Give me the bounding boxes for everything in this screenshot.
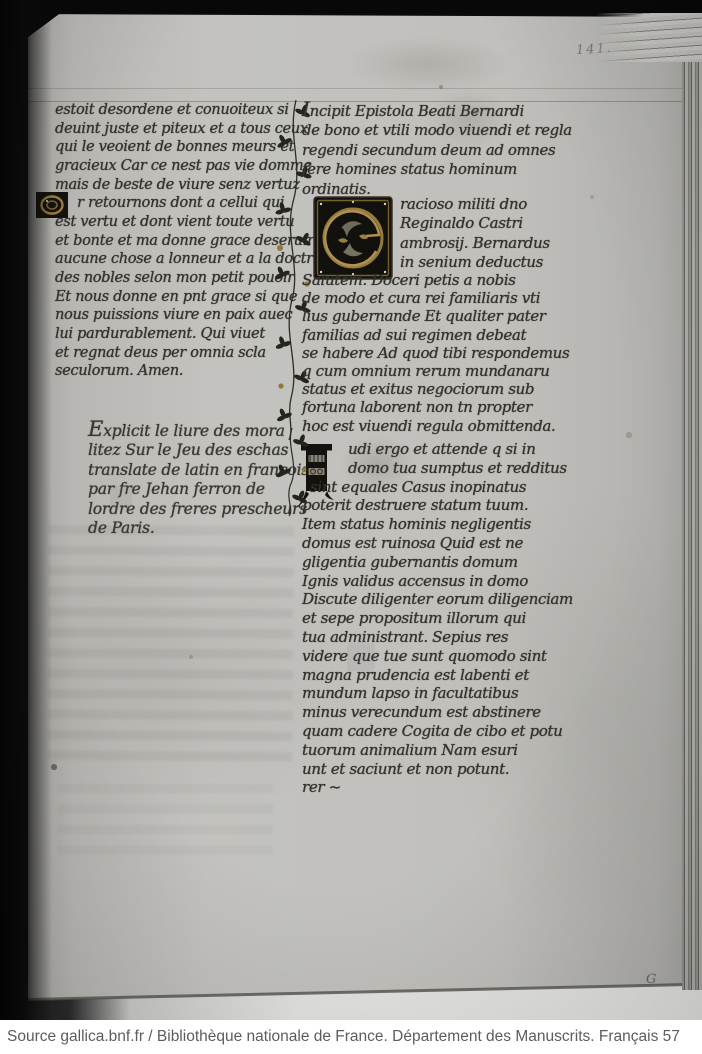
spine-shadow <box>0 0 52 1020</box>
text-line: ambrosij. Bernardus <box>400 234 590 253</box>
text-line: mais de beste de viure senz vertuz <box>55 176 311 195</box>
text-line: quam cadere Cogita de cibo et potu <box>302 722 597 741</box>
text-line: de Paris. <box>88 519 328 538</box>
text-line: regendi secundum deum ad omnes <box>302 141 592 160</box>
rubric-incipit: Incipit Epistola Beati Bernardide bono e… <box>302 100 592 199</box>
text-line: lui pardurablement. Qui viuet <box>55 325 311 344</box>
text-line: deuint juste et piteux et a tous ceux <box>55 120 311 139</box>
initial-side-text: racioso militi dnoReginaldo Castriambros… <box>400 195 590 272</box>
text-line: gligentia gubernantis domum <box>302 553 597 572</box>
text-line: racioso militi dno <box>400 195 590 214</box>
text-line: familias ad sui regimen debeat <box>302 326 597 344</box>
text-line: Reginaldo Castri <box>400 214 590 233</box>
verso-showthrough <box>58 784 273 864</box>
text-line: seculorum. Amen. <box>55 362 311 381</box>
text-line: q cum omnium rerum mundanaru <box>302 362 597 380</box>
text-line: Incipit Epistola Beati Bernardi <box>302 100 592 121</box>
text-line: udi ergo et attende q si in <box>302 440 597 459</box>
fore-edge-pages <box>682 12 702 990</box>
verso-showthrough <box>47 525 294 772</box>
latin-text-block: Salutem. Doceri petis a nobisde modo et … <box>302 271 597 435</box>
text-line: magna prudencia est labenti et <box>302 666 597 685</box>
stacked-page-edges <box>596 12 702 62</box>
text-line: mundum lapso in facultatibus <box>302 684 597 703</box>
text-line: gracieux Car ce nest pas vie domme <box>55 157 311 176</box>
text-line: tuorum animalium Nam esuri <box>302 741 597 760</box>
text-line: Ignis validus accensus in domo <box>302 572 597 591</box>
photograph-area: 141. estoit desordene et conuoiteux side… <box>0 0 702 1020</box>
text-line: nous puissions viure en paix auec <box>55 306 311 325</box>
text-line: Item status hominis negligentis <box>302 515 597 534</box>
illuminated-initial-g <box>313 196 393 280</box>
text-line: domo tua sumptus et redditus <box>302 459 597 478</box>
text-line: sint equales Casus inopinatus <box>302 478 597 497</box>
text-line: se habere Ad quod tibi respondemus <box>302 344 597 362</box>
text-line: minus verecundum est abstinere <box>302 703 597 722</box>
text-line: domus est ruinosa Quid est ne <box>302 534 597 553</box>
text-line: Et nous donne en pnt grace si que <box>55 288 311 307</box>
left-text-column: estoit desordene et conuoiteux sideuint … <box>55 101 311 381</box>
text-line: et regnat deus per omnia scla <box>55 344 311 363</box>
manuscript-page: 141. estoit desordene et conuoiteux side… <box>28 14 690 1000</box>
text-line: Discute diligenter eorum diligenciam <box>302 590 597 609</box>
text-line: est vertu et dont vient toute vertu <box>55 213 311 232</box>
gallica-manuscript-scan: 141. estoit desordene et conuoiteux side… <box>0 0 702 1054</box>
text-line: de modo et cura rei familiaris vti <box>302 289 597 307</box>
text-line: in senium deductus <box>400 253 590 272</box>
text-line: fortuna laborent non tn propter <box>302 398 597 416</box>
text-line: Salutem. Doceri petis a nobis <box>302 271 597 289</box>
text-line: et sepe propositum illorum qui <box>302 609 597 628</box>
text-line: r retournons dont a cellui qui <box>55 194 311 213</box>
text-line: lius gubernande Et qualiter pater <box>302 307 597 325</box>
source-caption-bar: Source gallica.bnf.fr / Bibliothèque nat… <box>0 1020 702 1054</box>
text-line: estoit desordene et conuoiteux si <box>55 101 311 120</box>
ruling-line <box>28 88 690 89</box>
text-line: qui le veoient de bonnes meurs et <box>55 138 311 157</box>
latin-text-block-2: udi ergo et attende q si indomo tua sump… <box>302 440 597 797</box>
text-line: status et exitus negociorum sub <box>302 380 597 398</box>
text-line: tua administrant. Sepius res <box>302 628 597 647</box>
text-line: et bonte et ma donne grace deseruir <box>55 232 311 251</box>
text-line: rer ~ <box>302 778 597 797</box>
text-line: hoc est viuendi regula obmittenda. <box>302 417 597 435</box>
text-line: aucune chose a lonneur et a la doctrine <box>55 250 311 269</box>
text-line: fere homines status hominum <box>302 160 592 179</box>
text-line: de bono et vtili modo viuendi et regla <box>302 121 592 140</box>
text-line: des nobles selon mon petit pouoir <box>55 269 311 288</box>
text-line: unt et saciunt et non potunt. <box>302 760 597 779</box>
top-black-strip <box>0 0 702 13</box>
text-line: videre que tue sunt quomodo sint <box>302 647 597 666</box>
source-caption: Source gallica.bnf.fr / Bibliothèque nat… <box>0 1020 702 1053</box>
text-line: poterit destruere statum tuum. <box>302 496 597 515</box>
